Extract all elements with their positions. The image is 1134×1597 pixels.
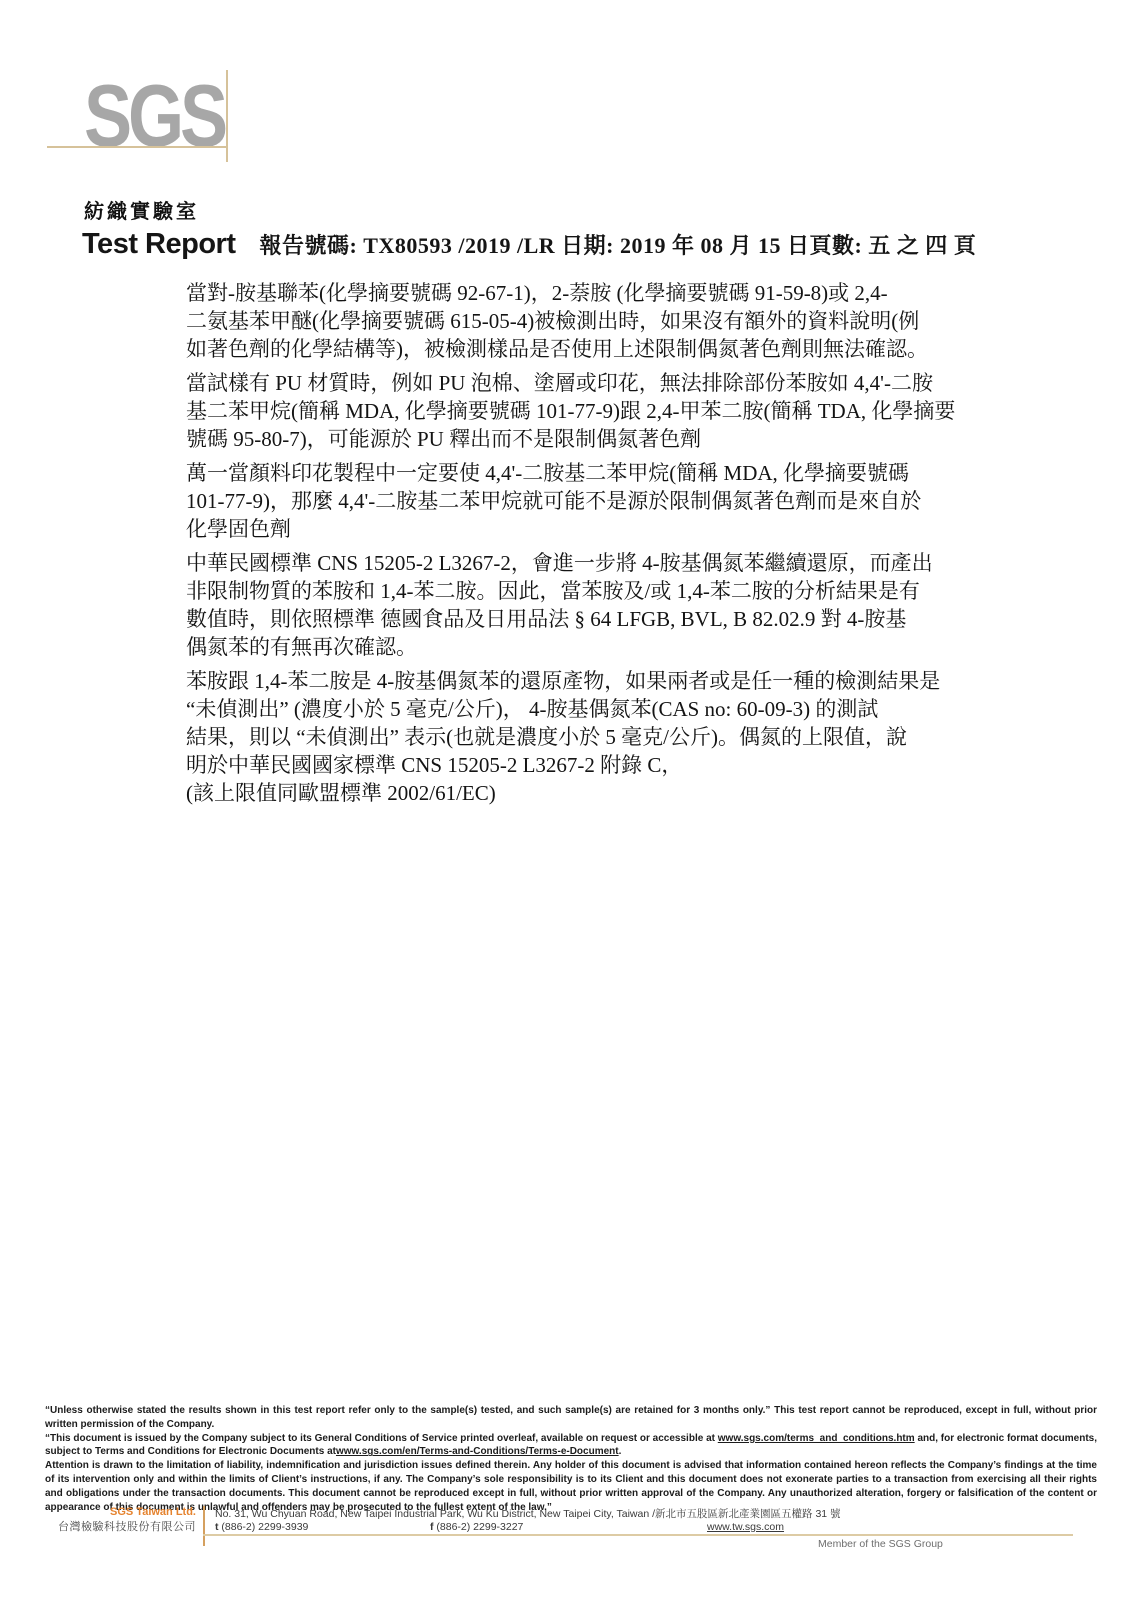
fax-number: f (886-2) 2299-3227 [430,1521,523,1533]
report-meta: 報告號碼: TX80593 /2019 /LR 日期: 2019 年 08 月 … [259,229,976,260]
legal-disclaimer: “Unless otherwise stated the results sho… [45,1404,1097,1514]
footer-rule [203,1534,1073,1536]
test-report-page: SGS 紡織實驗室 Test Report 報告號碼: TX80593 /201… [0,0,1134,1597]
company-name-en: SGS Taiwan Ltd. [58,1506,196,1519]
fax-value: (886-2) 2299-3227 [436,1521,523,1533]
legal-paragraph-2-post: . [619,1446,622,1457]
terms-e-document-link[interactable]: www.sgs.com/en/Terms-and-Conditions/Term… [336,1446,619,1457]
paragraph-azo-confirmation: 當對-胺基聯苯(化學摘要號碼 92-67-1)，2-萘胺 (化學摘要號碼 91-… [186,279,1046,363]
paragraph-aniline-limit: 苯胺跟 1,4-苯二胺是 4-胺基偶氮苯的還原產物，如果兩者或是任一種的檢測結果… [186,667,1046,807]
paragraph-pu-material: 當試樣有 PU 材質時，例如 PU 泡棉、塗層或印花，無法排除部份苯胺如 4,4… [186,369,1046,453]
phone-number: t (886-2) 2299-3939 [215,1521,308,1533]
company-name-zh: 台灣檢驗科技股份有限公司 [58,1520,196,1535]
logo-underline-rule [47,146,227,148]
report-body: 當對-胺基聯苯(化學摘要號碼 92-67-1)，2-萘胺 (化學摘要號碼 91-… [186,279,1046,813]
terms-conditions-link[interactable]: www.sgs.com/terms_and_conditions.htm [718,1433,915,1444]
member-of-sgs-group: Member of the SGS Group [818,1538,943,1550]
phone-value: (886-2) 2299-3939 [221,1521,308,1533]
legal-paragraph-1: “Unless otherwise stated the results sho… [45,1404,1097,1432]
page-title: Test Report [82,228,235,261]
paragraph-pigment-printing: 萬一當顏料印花製程中一定要使 4,4'-二胺基二苯甲烷(簡稱 MDA, 化學摘要… [186,459,1046,543]
logo-vertical-rule [226,70,228,162]
company-address: No. 31, Wu Chyuan Road, New Taipei Indus… [215,1506,841,1521]
report-title-row: Test Report 報告號碼: TX80593 /2019 /LR 日期: … [82,228,1082,261]
company-block: SGS Taiwan Ltd. 台灣檢驗科技股份有限公司 [58,1506,196,1535]
lab-name: 紡織實驗室 [84,195,199,224]
address-divider-rule [203,1506,205,1546]
legal-paragraph-2-pre: “This document is issued by the Company … [45,1433,718,1444]
website-link[interactable]: www.tw.sgs.com [707,1521,784,1533]
legal-paragraph-2: “This document is issued by the Company … [45,1432,1097,1460]
paragraph-cns-standard: 中華民國標準 CNS 15205-2 L3267-2，會進一步將 4-胺基偶氮苯… [186,549,1046,661]
